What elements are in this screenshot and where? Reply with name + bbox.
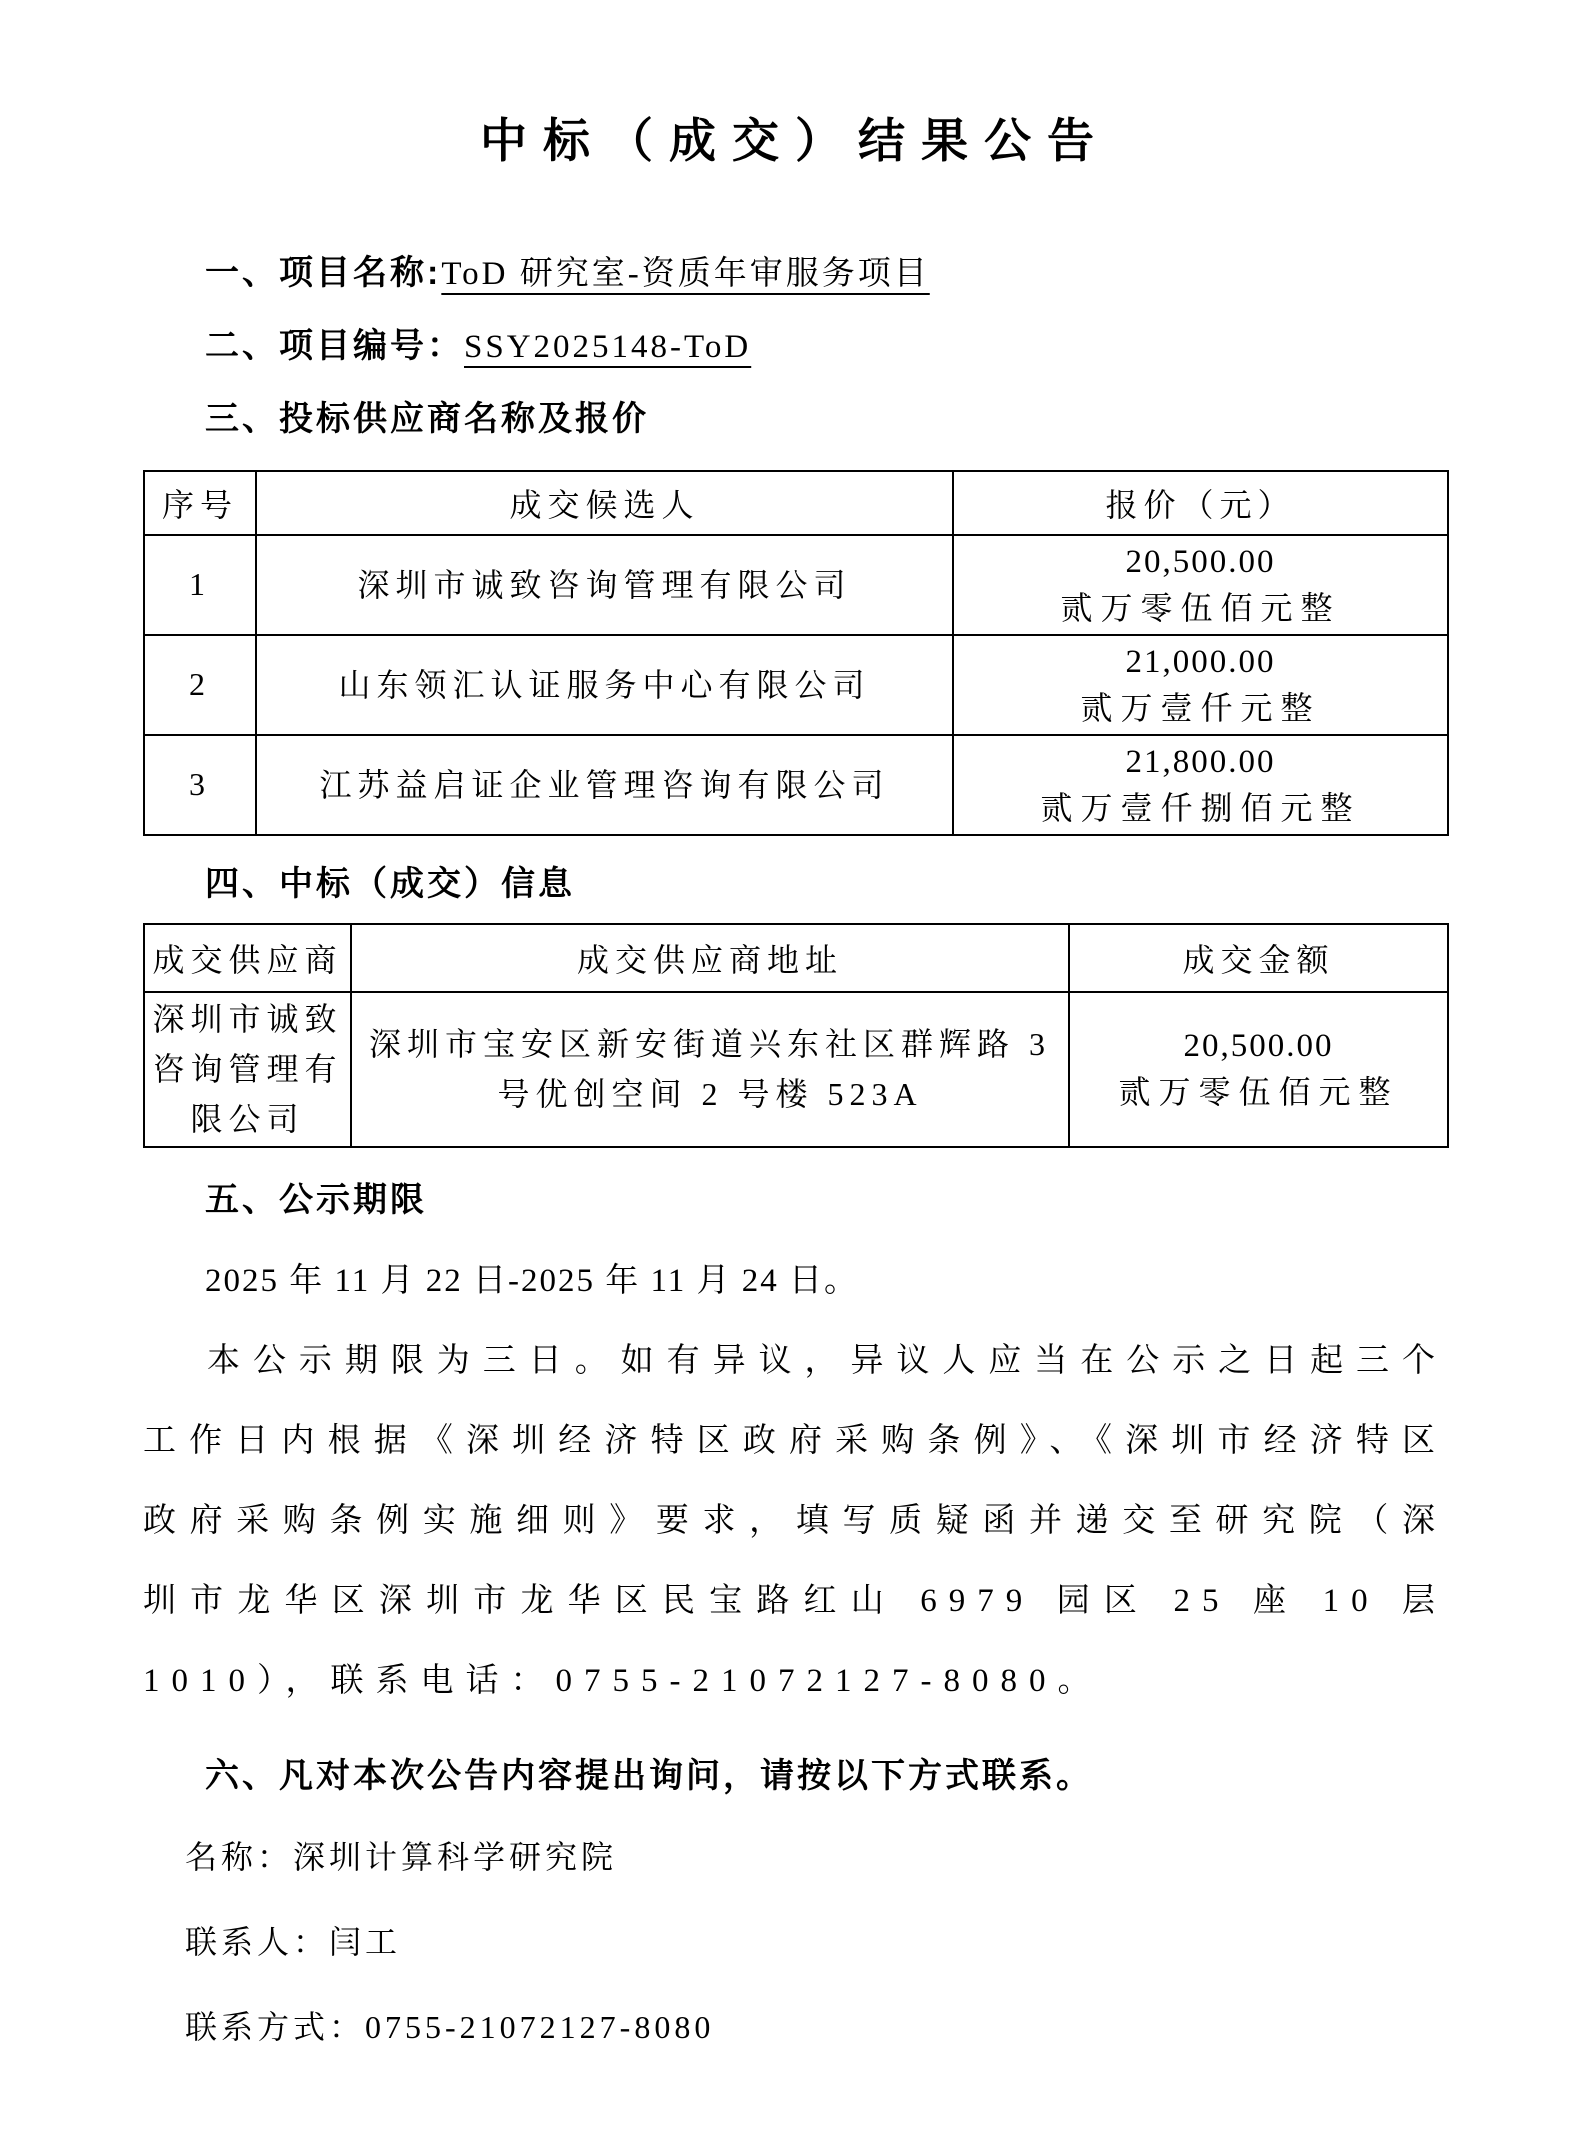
bid-header-index: 序号 (144, 471, 256, 535)
bid-header-price: 报价（元） (953, 471, 1448, 535)
project-number-label: 二、项目编号： (205, 327, 464, 365)
award-amount-words: 贰万零伍佰元整 (1074, 1069, 1443, 1115)
bid-row-3-candidate: 江苏益启证企业管理咨询有限公司 (256, 735, 953, 835)
bid-row-2-price-number: 21,000.00 (958, 639, 1443, 685)
bid-row-1-price-words: 贰万零伍佰元整 (958, 585, 1443, 631)
contact-phone-label: 联系方式： (185, 2009, 365, 2045)
section-inquiry-heading: 六、凡对本次公告内容提出询问，请按以下方式联系。 (143, 1754, 1447, 1799)
award-table-header-row: 成交供应商 成交供应商地址 成交金额 (144, 924, 1448, 992)
bid-row-2-index: 2 (144, 635, 256, 735)
bid-table: 序号 成交候选人 报价（元） 1 深圳市诚致咨询管理有限公司 20,500.00… (143, 470, 1449, 836)
project-name-label: 一、项目名称: (205, 254, 441, 292)
award-row-address: 深圳市宝安区新安街道兴东社区群辉路 3 号优创空间 2 号楼 523A (351, 992, 1069, 1147)
bid-row-1-index: 1 (144, 535, 256, 635)
section-project-name: 一、项目名称:ToD 研究室-资质年审服务项目 (143, 251, 1447, 296)
award-header-address: 成交供应商地址 (351, 924, 1069, 992)
publicity-notice-paragraph: 本公示期限为三日。如有异议，异议人应当在公示之日起三个工作日内根据《深圳经济特区… (143, 1321, 1447, 1721)
bid-table-header-row: 序号 成交候选人 报价（元） (144, 471, 1448, 535)
publicity-period: 2025 年 11 月 22 日-2025 年 11 月 24 日。 (143, 1259, 1447, 1303)
contact-phone-value: 0755-21072127-8080 (365, 2009, 714, 2045)
inquiry-heading-label: 六、凡对本次公告内容提出询问，请按以下方式联系。 (205, 1757, 1093, 1795)
bid-table-row-2: 2 山东领汇认证服务中心有限公司 21,000.00 贰万壹仟元整 (144, 635, 1448, 735)
contact-person-value: 闫工 (329, 1924, 401, 1960)
award-table-row: 深圳市诚致咨询管理有限公司 深圳市宝安区新安街道兴东社区群辉路 3 号优创空间 … (144, 992, 1448, 1147)
bid-table-row-1: 1 深圳市诚致咨询管理有限公司 20,500.00 贰万零伍佰元整 (144, 535, 1448, 635)
section-publicity-heading: 五、公示期限 (143, 1178, 1447, 1223)
contact-person-line: 联系人：闫工 (143, 1920, 1447, 1964)
award-header-amount: 成交金额 (1069, 924, 1448, 992)
section-bidders-heading: 三、投标供应商名称及报价 (143, 397, 1447, 442)
award-row-supplier: 深圳市诚致咨询管理有限公司 (144, 992, 351, 1147)
section-project-number: 二、项目编号：SSY2025148-ToD (143, 324, 1447, 369)
award-row-amount: 20,500.00 贰万零伍佰元整 (1069, 992, 1448, 1147)
project-number-value: SSY2025148-ToD (464, 329, 751, 365)
bid-row-2-price: 21,000.00 贰万壹仟元整 (953, 635, 1448, 735)
bid-row-1-candidate: 深圳市诚致咨询管理有限公司 (256, 535, 953, 635)
section-award-heading: 四、中标（成交）信息 (143, 862, 1447, 907)
page-title: 中标（成交）结果公告 (143, 112, 1447, 171)
contact-name-label: 名称： (185, 1839, 293, 1875)
announcement-page: 中标（成交）结果公告 一、项目名称:ToD 研究室-资质年审服务项目 二、项目编… (143, 0, 1447, 2049)
contact-person-label: 联系人： (185, 1924, 329, 1960)
award-table: 成交供应商 成交供应商地址 成交金额 深圳市诚致咨询管理有限公司 深圳市宝安区新… (143, 923, 1449, 1148)
award-amount-number: 20,500.00 (1074, 1023, 1443, 1069)
award-header-supplier: 成交供应商 (144, 924, 351, 992)
contact-name-line: 名称：深圳计算科学研究院 (143, 1835, 1447, 1879)
contact-phone-line: 联系方式：0755-21072127-8080 (143, 2005, 1447, 2049)
bid-row-3-price-words: 贰万壹仟捌佰元整 (958, 785, 1443, 831)
bid-row-3-index: 3 (144, 735, 256, 835)
bid-table-row-3: 3 江苏益启证企业管理咨询有限公司 21,800.00 贰万壹仟捌佰元整 (144, 735, 1448, 835)
bid-row-2-candidate: 山东领汇认证服务中心有限公司 (256, 635, 953, 735)
bidders-heading-label: 三、投标供应商名称及报价 (205, 400, 649, 438)
bid-row-3-price: 21,800.00 贰万壹仟捌佰元整 (953, 735, 1448, 835)
award-heading-label: 四、中标（成交）信息 (205, 865, 575, 903)
project-name-value: ToD 研究室-资质年审服务项目 (441, 256, 929, 292)
contact-name-value: 深圳计算科学研究院 (293, 1839, 617, 1875)
bid-row-1-price: 20,500.00 贰万零伍佰元整 (953, 535, 1448, 635)
publicity-heading-label: 五、公示期限 (205, 1181, 427, 1219)
bid-header-candidate: 成交候选人 (256, 471, 953, 535)
bid-row-1-price-number: 20,500.00 (958, 539, 1443, 585)
bid-row-3-price-number: 21,800.00 (958, 739, 1443, 785)
bid-row-2-price-words: 贰万壹仟元整 (958, 685, 1443, 731)
